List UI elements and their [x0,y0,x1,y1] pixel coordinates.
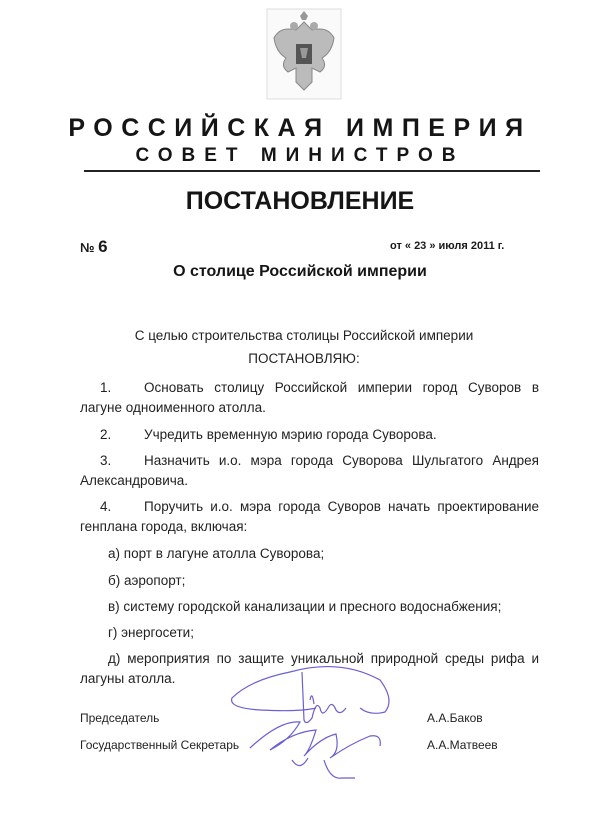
item-number: 1. [80,378,144,398]
item-text: Учредить временную мэрию города Суворова… [144,427,437,442]
header-divider [84,170,540,172]
signature-icon [220,660,420,785]
item-number: 4. [80,497,144,517]
signatory-role: Председатель [80,711,159,725]
document-type: ПОСТАНОВЛЕНИЕ [0,187,600,216]
header-council: СОВЕТ МИНИСТРОВ [0,145,600,167]
number-prefix: № [80,240,95,255]
coat-of-arms [266,8,342,100]
header-empire: РОССИЙСКАЯ ИМПЕРИЯ [0,114,600,143]
signatory-name: А.А.Баков [427,711,483,725]
number-value: 6 [98,237,107,256]
decree-item: 2.Учредить временную мэрию города Суворо… [80,425,539,445]
subitem: а) порт в лагуне атолла Суворова; [108,544,539,564]
decree-item: 3.Назначить и.о. мэра города Суворова Шу… [80,451,539,491]
decree-item: 4.Поручить и.о. мэра города Суворов нача… [80,497,539,537]
item-text: Назначить и.о. мэра города Суворова Шуль… [80,453,539,488]
document-date: от « 23 » июля 2011 г. [390,240,504,252]
item-text: Поручить и.о. мэра города Суворов начать… [80,499,539,534]
document-subject: О столице Российской империи [0,263,600,281]
decree-word: ПОСТАНОВЛЯЮ: [0,351,600,366]
decree-item: 1.Основать столицу Российской империи го… [80,378,539,418]
double-headed-eagle-icon [266,8,342,100]
item-number: 2. [80,425,144,445]
item-number: 3. [80,451,144,471]
signatory-name: А.А.Матвеев [427,738,498,752]
item-text: Основать столицу Российской империи горо… [80,380,539,415]
signatory-role: Государственный Секретарь [80,738,239,752]
preamble: С целью строительства столицы Российской… [0,328,600,343]
subitem: б) аэропорт; [108,571,539,591]
document-number: № 6 [80,237,108,257]
subitem: в) систему городской канализации и пресн… [108,597,539,617]
